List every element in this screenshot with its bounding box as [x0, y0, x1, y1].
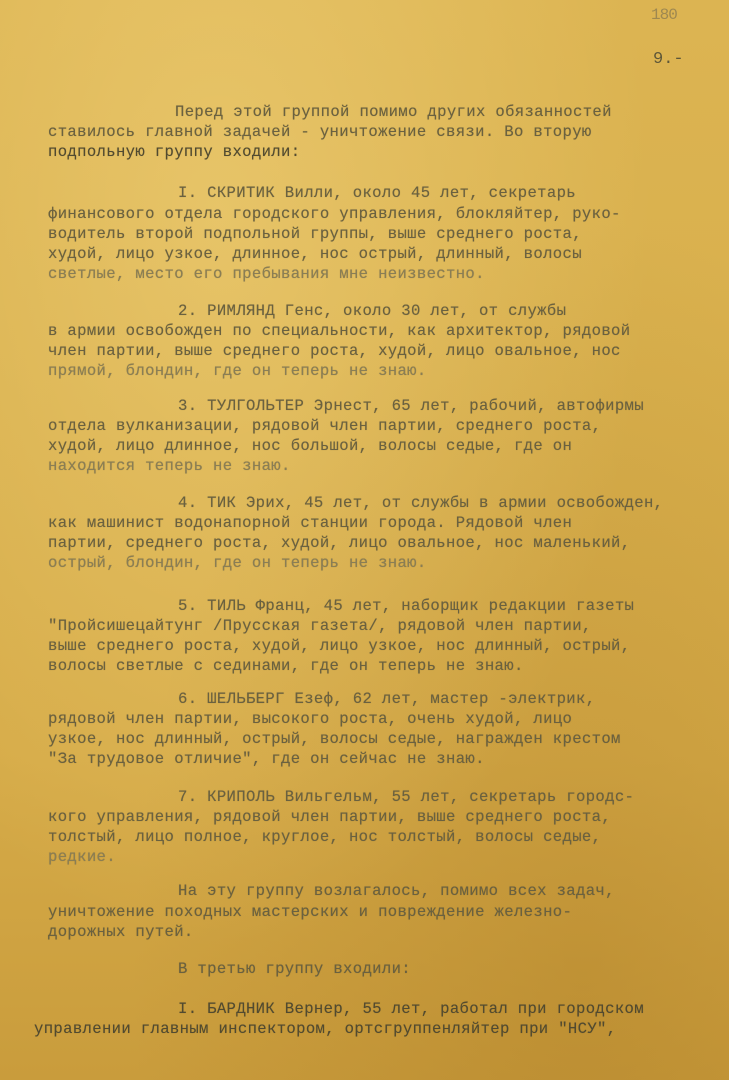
entry-5-line-3: выше среднего роста, худой, лицо узкое, … — [48, 637, 630, 656]
entry-3-line-4: находится теперь не знаю. — [48, 457, 291, 476]
tasks-line-1: На эту группу возлагалось, помимо всех з… — [178, 882, 615, 901]
entry-4-line-2: как машинист водонапорной станции города… — [48, 514, 572, 533]
entry-6-line-4: "За трудовое отличие", где он сейчас не … — [48, 750, 485, 769]
group3-entry-1-line-1: I. БАРДНИК Вернер, 55 лет, работал при г… — [178, 1000, 644, 1019]
page-number: 9.- — [653, 50, 684, 69]
tasks-line-3: дорожных путей. — [48, 923, 194, 942]
entry-4-line-1: 4. ТИК Эрих, 45 лет, от службы в армии о… — [178, 494, 663, 513]
entry-2-line-2: в армии освобожден по специальности, как… — [48, 322, 630, 341]
entry-4-line-4: острый, блондин, где он теперь не знаю. — [48, 554, 427, 573]
entry-2-line-1: 2. РИМЛЯНД Генс, около 30 лет, от службы — [178, 302, 566, 321]
entry-3-line-3: худой, лицо длинное, нос большой, волосы… — [48, 437, 572, 456]
archive-number: 180 — [651, 6, 677, 24]
entry-6-line-3: узкое, нос длинный, острый, волосы седые… — [48, 730, 621, 749]
entry-3-line-2: отдела вулканизации, рядовой член партии… — [48, 417, 601, 436]
document-page: 180 9.- Перед этой группой помимо других… — [0, 0, 729, 1080]
entry-6-line-1: 6. ШЕЛЬБЕРГ Езеф, 62 лет, мастер -электр… — [178, 690, 595, 709]
entry-7-line-2: кого управления, рядовой член партии, вы… — [48, 808, 611, 827]
entry-5-line-1: 5. ТИЛЬ Франц, 45 лет, наборщик редакции… — [178, 597, 634, 616]
entry-1-line-3: водитель второй подпольной группы, выше … — [48, 225, 582, 244]
entry-1-line-5: светлые, место его пребывания мне неизве… — [48, 265, 485, 284]
entry-1-line-4: худой, лицо узкое, длинное, нос острый, … — [48, 245, 582, 264]
tasks-line-2: уничтожение походных мастерских и повреж… — [48, 903, 572, 922]
intro-line-2: ставилось главной задачей - уничтожение … — [48, 123, 592, 142]
entry-5-line-4: волосы светлые с сединами, где он теперь… — [48, 657, 524, 676]
intro-line-3: подпольную группу входили: — [48, 143, 300, 162]
entry-6-line-2: рядовой член партии, высокого роста, оче… — [48, 710, 572, 729]
entry-7-line-1: 7. КРИПОЛЬ Вильгельм, 55 лет, секретарь … — [178, 788, 634, 807]
entry-7-line-3: толстый, лицо полное, круглое, нос толст… — [48, 828, 601, 847]
entry-2-line-3: член партии, выше среднего роста, худой,… — [48, 342, 621, 361]
entry-4-line-3: партии, среднего роста, худой, лицо овал… — [48, 534, 630, 553]
entry-1-line-1: I. СКРИТИК Вилли, около 45 лет, секретар… — [178, 184, 576, 203]
group3-entry-1-line-2: управлении главным инспектором, ортсгруп… — [34, 1020, 616, 1039]
entry-3-line-1: 3. ТУЛГОЛЬТЕР Эрнест, 65 лет, рабочий, а… — [178, 397, 644, 416]
entry-2-line-4: прямой, блондин, где он теперь не знаю. — [48, 362, 427, 381]
entry-7-line-4: редкие. — [48, 848, 116, 867]
intro-line-1: Перед этой группой помимо других обязанн… — [175, 103, 612, 122]
entry-1-line-2: финансового отдела городского управления… — [48, 205, 621, 224]
third-group-heading: В третью группу входили: — [178, 960, 411, 979]
entry-5-line-2: "Пройсишецайтунг /Прусская газета/, рядо… — [48, 617, 592, 636]
